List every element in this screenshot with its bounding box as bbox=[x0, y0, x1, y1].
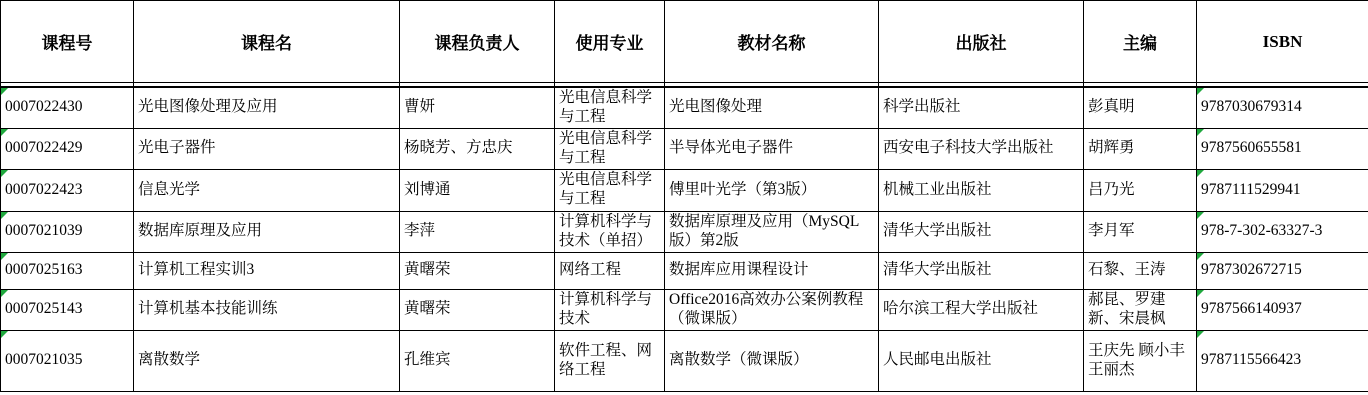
table-row: 0007021035 离散数学 孔维宾 软件工程、网络工程 离散数学（微课版） … bbox=[1, 330, 1368, 391]
cell-publisher[interactable]: 清华大学出版社 bbox=[879, 252, 1084, 289]
cell-course-name[interactable]: 计算机基本技能训练 bbox=[134, 289, 400, 330]
cell-textbook[interactable]: 半导体光电子器件 bbox=[665, 129, 879, 170]
cell-course-name[interactable]: 信息光学 bbox=[134, 169, 400, 211]
table-row: 0007021039 数据库原理及应用 李萍 计算机科学与技术（单招） 数据库原… bbox=[1, 211, 1368, 252]
cell-publisher[interactable]: 人民邮电出版社 bbox=[879, 330, 1084, 391]
cell-course-id[interactable]: 0007025143 bbox=[1, 289, 134, 330]
table-row: 0007025163 计算机工程实训3 黄曙荣 网络工程 数据库应用课程设计 清… bbox=[1, 252, 1368, 289]
cell-editor[interactable]: 王庆先 顾小丰 王丽杰 bbox=[1084, 330, 1197, 391]
cell-editor[interactable]: 吕乃光 bbox=[1084, 169, 1197, 211]
cell-course-name[interactable]: 光电子器件 bbox=[134, 129, 400, 170]
cell-publisher[interactable]: 西安电子科技大学出版社 bbox=[879, 129, 1084, 170]
header-publisher[interactable]: 出版社 bbox=[879, 1, 1084, 83]
header-editor[interactable]: 主编 bbox=[1084, 1, 1197, 83]
cell-textbook[interactable]: Office2016高效办公案例教程（微课版） bbox=[665, 289, 879, 330]
cell-textbook[interactable]: 数据库原理及应用（MySQL版）第2版 bbox=[665, 211, 879, 252]
cell-textbook[interactable]: 数据库应用课程设计 bbox=[665, 252, 879, 289]
course-textbook-table: 课程号 课程名 课程负责人 使用专业 教材名称 出版社 主编 ISBN 0007… bbox=[0, 0, 1368, 392]
cell-textbook[interactable]: 傅里叶光学（第3版） bbox=[665, 169, 879, 211]
cell-publisher[interactable]: 清华大学出版社 bbox=[879, 211, 1084, 252]
cell-major[interactable]: 软件工程、网络工程 bbox=[555, 330, 665, 391]
cell-leader[interactable]: 黄曙荣 bbox=[400, 252, 555, 289]
cell-course-id[interactable]: 0007025163 bbox=[1, 252, 134, 289]
cell-course-name[interactable]: 计算机工程实训3 bbox=[134, 252, 400, 289]
header-course-name[interactable]: 课程名 bbox=[134, 1, 400, 83]
header-isbn[interactable]: ISBN bbox=[1197, 1, 1368, 83]
cell-publisher[interactable]: 哈尔滨工程大学出版社 bbox=[879, 289, 1084, 330]
cell-leader[interactable]: 李萍 bbox=[400, 211, 555, 252]
cell-major[interactable]: 光电信息科学与工程 bbox=[555, 87, 665, 129]
cell-course-name[interactable]: 光电图像处理及应用 bbox=[134, 87, 400, 129]
cell-leader[interactable]: 黄曙荣 bbox=[400, 289, 555, 330]
cell-isbn[interactable]: 9787115566423 bbox=[1197, 330, 1368, 391]
cell-leader[interactable]: 杨晓芳、方忠庆 bbox=[400, 129, 555, 170]
cell-publisher[interactable]: 机械工业出版社 bbox=[879, 169, 1084, 211]
cell-editor[interactable]: 石黎、王涛 bbox=[1084, 252, 1197, 289]
cell-course-id[interactable]: 0007022429 bbox=[1, 129, 134, 170]
cell-editor[interactable]: 郝昆、罗建新、宋晨枫 bbox=[1084, 289, 1197, 330]
cell-textbook[interactable]: 光电图像处理 bbox=[665, 87, 879, 129]
cell-leader[interactable]: 刘博通 bbox=[400, 169, 555, 211]
cell-editor[interactable]: 彭真明 bbox=[1084, 87, 1197, 129]
cell-major[interactable]: 光电信息科学与工程 bbox=[555, 169, 665, 211]
cell-major[interactable]: 计算机科学与技术（单招） bbox=[555, 211, 665, 252]
cell-course-id[interactable]: 0007021035 bbox=[1, 330, 134, 391]
cell-course-id[interactable]: 0007022430 bbox=[1, 87, 134, 129]
cell-isbn[interactable]: 9787302672715 bbox=[1197, 252, 1368, 289]
cell-major[interactable]: 光电信息科学与工程 bbox=[555, 129, 665, 170]
cell-major[interactable]: 网络工程 bbox=[555, 252, 665, 289]
header-leader[interactable]: 课程负责人 bbox=[400, 1, 555, 83]
cell-publisher[interactable]: 科学出版社 bbox=[879, 87, 1084, 129]
cell-textbook[interactable]: 离散数学（微课版） bbox=[665, 330, 879, 391]
cell-isbn[interactable]: 9787111529941 bbox=[1197, 169, 1368, 211]
cell-isbn[interactable]: 9787566140937 bbox=[1197, 289, 1368, 330]
cell-editor[interactable]: 李月军 bbox=[1084, 211, 1197, 252]
table-row: 0007025143 计算机基本技能训练 黄曙荣 计算机科学与技术 Office… bbox=[1, 289, 1368, 330]
header-course-id[interactable]: 课程号 bbox=[1, 1, 134, 83]
table-row: 0007022423 信息光学 刘博通 光电信息科学与工程 傅里叶光学（第3版）… bbox=[1, 169, 1368, 211]
cell-editor[interactable]: 胡辉勇 bbox=[1084, 129, 1197, 170]
cell-leader[interactable]: 孔维宾 bbox=[400, 330, 555, 391]
table-row: 0007022430 光电图像处理及应用 曹妍 光电信息科学与工程 光电图像处理… bbox=[1, 87, 1368, 129]
cell-major[interactable]: 计算机科学与技术 bbox=[555, 289, 665, 330]
cell-course-name[interactable]: 数据库原理及应用 bbox=[134, 211, 400, 252]
cell-isbn[interactable]: 9787030679314 bbox=[1197, 87, 1368, 129]
header-textbook[interactable]: 教材名称 bbox=[665, 1, 879, 83]
cell-isbn[interactable]: 9787560655581 bbox=[1197, 129, 1368, 170]
cell-course-id[interactable]: 0007021039 bbox=[1, 211, 134, 252]
cell-leader[interactable]: 曹妍 bbox=[400, 87, 555, 129]
header-major[interactable]: 使用专业 bbox=[555, 1, 665, 83]
table-row: 0007022429 光电子器件 杨晓芳、方忠庆 光电信息科学与工程 半导体光电… bbox=[1, 129, 1368, 170]
cell-course-name[interactable]: 离散数学 bbox=[134, 330, 400, 391]
cell-course-id[interactable]: 0007022423 bbox=[1, 169, 134, 211]
cell-isbn[interactable]: 978-7-302-63327-3 bbox=[1197, 211, 1368, 252]
header-row: 课程号 课程名 课程负责人 使用专业 教材名称 出版社 主编 ISBN bbox=[1, 1, 1368, 83]
